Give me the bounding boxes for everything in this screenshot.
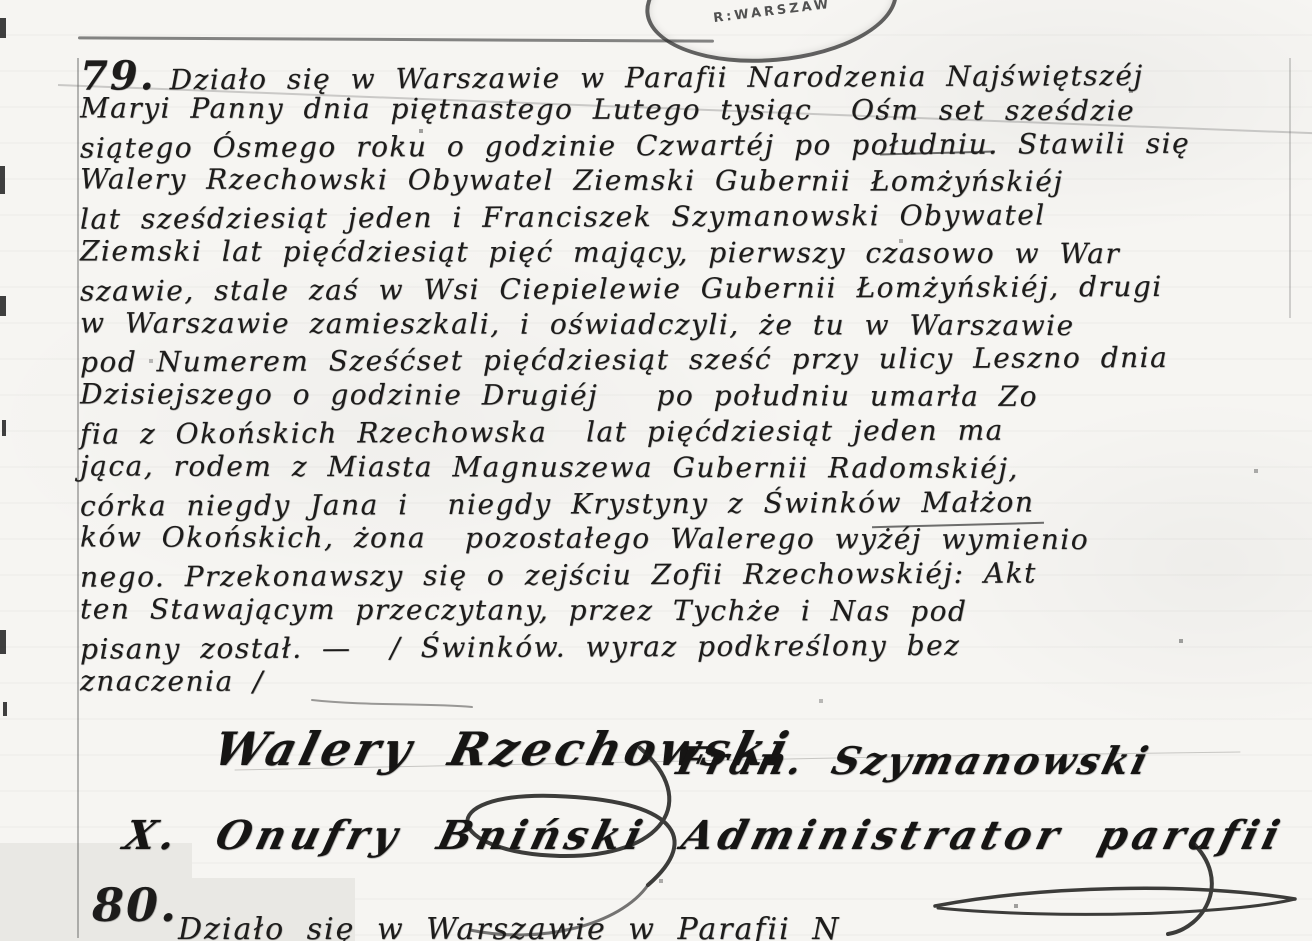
handwritten-line-15: nego. Przekonawszy się o zejściu Zofii R… — [80, 555, 1290, 596]
next-record-number: 80. — [92, 878, 178, 932]
handwritten-line-17: pisany został. — / Świnków. wyraz podkre… — [80, 626, 1290, 667]
handwritten-line-9: pod Numerem Sześćset pięćdziesiąt sześć … — [80, 340, 1290, 381]
handwritten-line-10: Dzisiejszego o godzinie Drugiéj po połud… — [80, 377, 1290, 416]
handwritten-line-2: Maryi Panny dnia piętnastego Lutego tysi… — [80, 90, 1290, 129]
scan-edge-artifact — [0, 630, 6, 654]
handwritten-line-4: Walery Rzechowski Obywatel Ziemski Guber… — [80, 162, 1290, 201]
handwritten-line-12: jąca, rodem z Miasta Magnuszewa Gubernii… — [80, 448, 1290, 487]
handwritten-line-14: ków Okońskich, żona pozostałego Walerego… — [80, 520, 1290, 559]
left-margin-line — [77, 58, 79, 938]
handwritten-line-18: znaczenia / — [80, 663, 1290, 702]
handwritten-line-13: córka niegdy Jana i niegdy Krystyny z Św… — [80, 483, 1290, 524]
handwritten-line-11: fia z Okońskich Rzechowska lat pięćdzies… — [80, 411, 1290, 452]
scan-edge-artifact — [0, 296, 6, 316]
handwritten-line-7: szawie, stale zaś w Wsi Ciepielewie Gube… — [80, 268, 1290, 309]
signature-officiant: X. Onufry Bniński Administrator parafii — [119, 812, 1289, 859]
signature-fran-szymanowski: Fran. Szymanowski — [672, 738, 1155, 783]
handwritten-line-6: Ziemski lat pięćdziesiąt pięć mający, pi… — [80, 233, 1290, 272]
scan-edge-artifact — [2, 420, 6, 436]
handwritten-line-1: 79.Działo się w Warszawie w Parafii Naro… — [80, 53, 1290, 94]
scanned-register-page: R:WARSZAW 79.Działo się w Warszawie w Pa… — [0, 0, 1312, 941]
handwritten-line-8: w Warszawie zamieszkali, i oświadczyli, … — [80, 305, 1290, 344]
act-text-block: 79.Działo się w Warszawie w Parafii Naro… — [80, 56, 1290, 700]
stamp-text: R:WARSZAW — [650, 0, 895, 34]
handwritten-line-16: ten Stawającym przeczytany, przez Tychże… — [80, 591, 1290, 630]
scan-edge-artifact — [0, 18, 6, 38]
handwritten-line-3: siątego Ósmego roku o godzinie Czwartéj … — [80, 125, 1290, 166]
scan-speckles — [0, 0, 2, 2]
next-record-partial-line: Działo się w Warszawie w Parafii N — [178, 912, 841, 941]
scan-edge-artifact — [3, 702, 7, 716]
scan-edge-artifact — [0, 166, 5, 194]
handwritten-line-5: lat sześdziesiąt jeden i Franciszek Szym… — [80, 197, 1290, 238]
header-rule-line — [78, 36, 714, 42]
